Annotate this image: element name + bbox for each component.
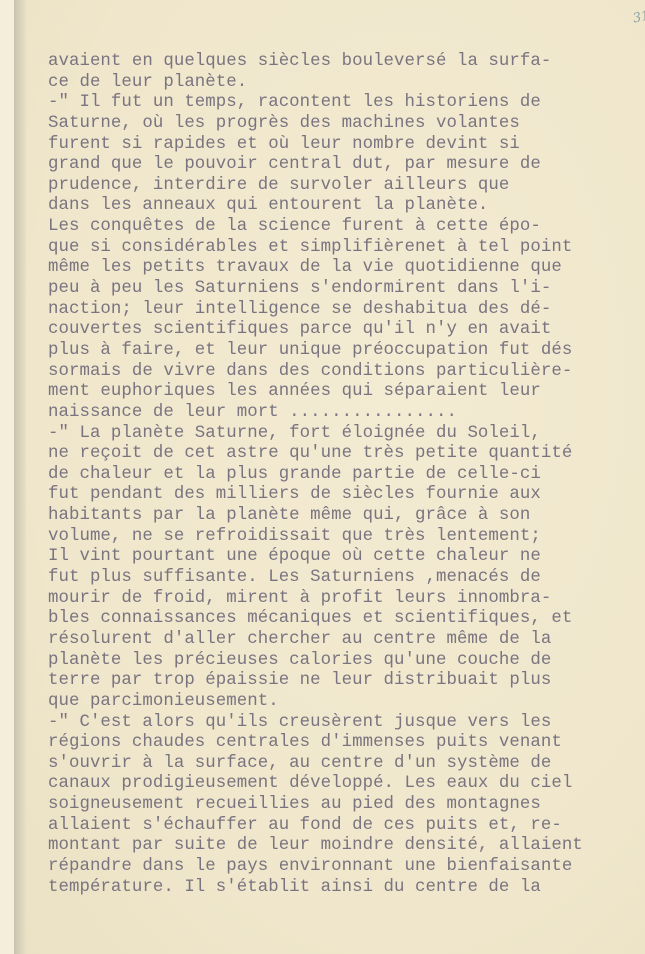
text-line: résolurent d'aller chercher au centre mê… (48, 630, 583, 651)
text-line: répandre dans le pays environnant une bi… (48, 857, 583, 878)
text-line: bles connaissances mécaniques et scienti… (48, 609, 583, 630)
text-line: fut plus suffisante. Les Saturniens ,men… (48, 568, 583, 589)
text-line: fut pendant des milliers de siècles four… (48, 485, 583, 506)
text-line: -" C'est alors qu'ils creusèrent jusque … (48, 713, 583, 734)
binding-shadow (14, 0, 26, 954)
text-line: soigneusement recueillies au pied des mo… (48, 795, 583, 816)
text-line: couvertes scientifiques parce qu'il n'y … (48, 320, 583, 341)
text-line: naissance de leur mort ................ (48, 403, 583, 424)
text-line: sormais de vivre dans des conditions par… (48, 362, 583, 383)
text-line: de chaleur et la plus grande partie de c… (48, 465, 583, 486)
text-line: Saturne, où les progrès des machines vol… (48, 114, 583, 135)
text-line: montant par suite de leur moindre densit… (48, 836, 583, 857)
text-line: grand que le pouvoir central dut, par me… (48, 155, 583, 176)
text-line: -" Il fut un temps, racontent les histor… (48, 93, 583, 114)
text-line: habitants par la planète même qui, grâce… (48, 506, 583, 527)
text-line: Les conquêtes de la science furent à cet… (48, 217, 583, 238)
text-line: allaient s'échauffer au fond de ces puit… (48, 816, 583, 837)
typewritten-page: 31 avaient en quelques siècles boulevers… (26, 0, 645, 954)
text-line: canaux prodigieusement développé. Les ea… (48, 774, 583, 795)
text-line: ment euphoriques les années qui séparaie… (48, 382, 583, 403)
text-line: volume, ne se refroidissait que très len… (48, 527, 583, 548)
text-line: avaient en quelques siècles bouleversé l… (48, 52, 583, 73)
text-line: mourir de froid, mirent à profit leurs i… (48, 589, 583, 610)
text-line: peu à peu les Saturniens s'endormirent d… (48, 279, 583, 300)
text-line: ne reçoit de cet astre qu'une très petit… (48, 444, 583, 465)
text-line: même les petits travaux de la vie quotid… (48, 258, 583, 279)
text-line: s'ouvrir à la surface, au centre d'un sy… (48, 754, 583, 775)
text-line: planète les précieuses calories qu'une c… (48, 651, 583, 672)
typewritten-body-text: avaient en quelques siècles bouleversé l… (48, 52, 583, 898)
text-line: Il vint pourtant une époque où cette cha… (48, 547, 583, 568)
text-line: plus à faire, et leur unique préoccupati… (48, 341, 583, 362)
text-line: prudence, interdire de survoler ailleurs… (48, 176, 583, 197)
text-line: naction; leur intelligence se deshabitua… (48, 300, 583, 321)
text-line: que parcimonieusement. (48, 692, 583, 713)
text-line: -" La planète Saturne, fort éloignée du … (48, 424, 583, 445)
text-line: que si considérables et simplifièrenet à… (48, 238, 583, 259)
text-line: ce de leur planète. (48, 73, 583, 94)
text-line: régions chaudes centrales d'immenses pui… (48, 733, 583, 754)
text-line: terre par trop épaissie ne leur distribu… (48, 671, 583, 692)
handwritten-page-number: 31 (632, 8, 645, 26)
text-line: température. Il s'établit ainsi du centr… (48, 878, 583, 899)
text-line: dans les anneaux qui entourent la planèt… (48, 196, 583, 217)
text-line: furent si rapides et où leur nombre devi… (48, 135, 583, 156)
